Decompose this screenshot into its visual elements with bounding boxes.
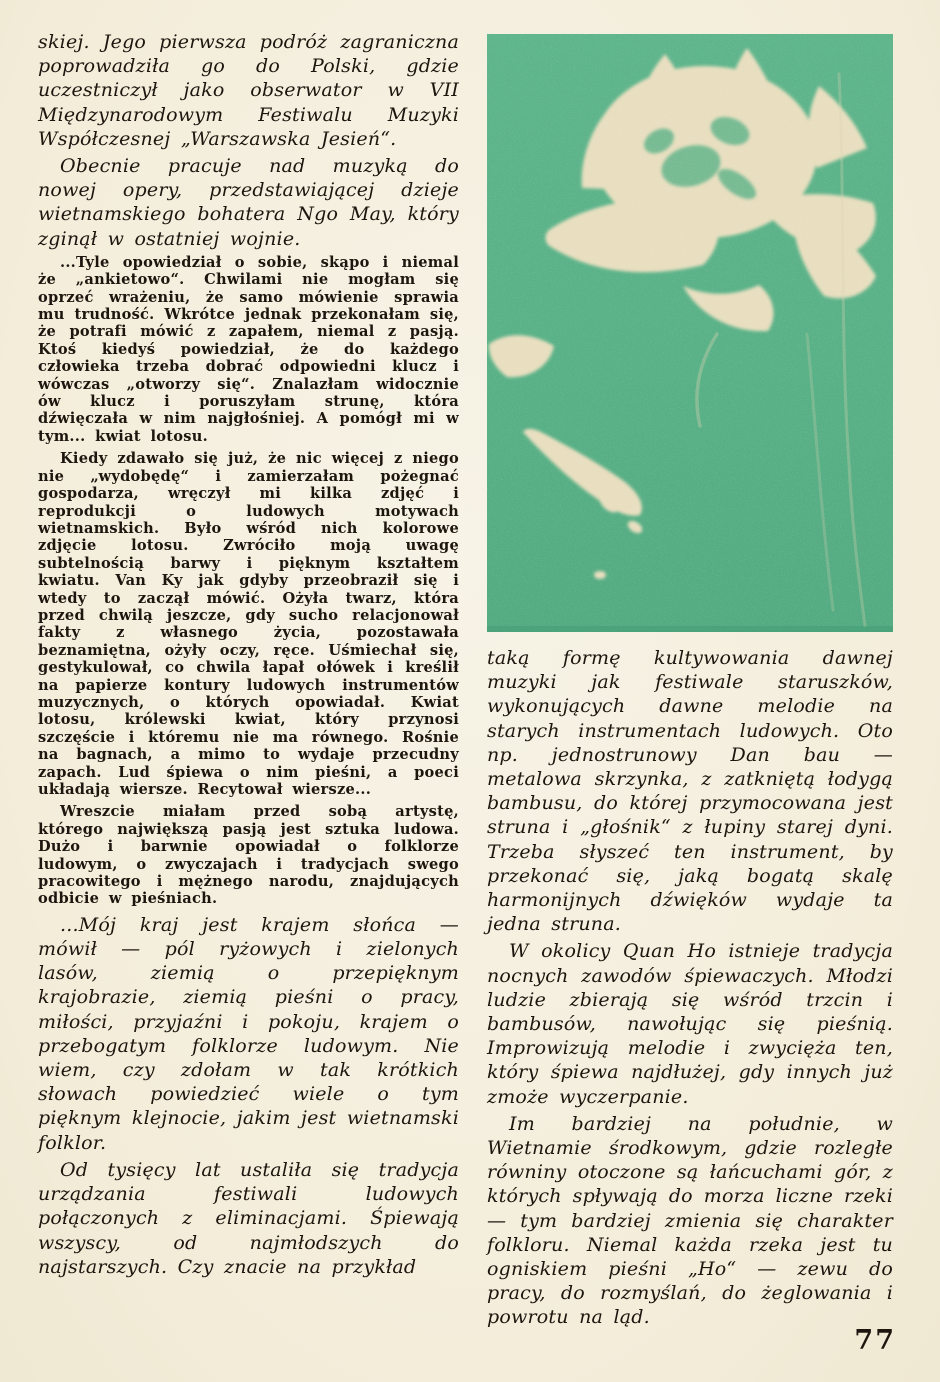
right-column: taką formę kultywowania dawnej muzyki ja… [487, 30, 893, 1333]
paragraph: W okolicy Quan Ho istnieje tradycja nocn… [487, 939, 893, 1108]
paragraph: skiej. Jego pierwsza podróż zagraniczna … [38, 30, 459, 151]
lotus-photo-art [487, 34, 893, 632]
halftone-grain-dark [487, 34, 893, 632]
paragraph: Od tysięcy lat ustaliła się tradycja urz… [38, 1158, 459, 1279]
left-column: skiej. Jego pierwsza podróż zagraniczna … [38, 30, 459, 1282]
page-number: 77 [854, 1325, 896, 1356]
paragraph: ...Mój kraj jest krajem słońca — mówił —… [38, 913, 459, 1155]
paragraph: taką formę kultywowania dawnej muzyki ja… [487, 646, 893, 936]
paragraph: Wreszcie miałam przed sobą artystę, któr… [38, 803, 459, 907]
paragraph: Kiedy zdawało się już, że nic więcej z n… [38, 450, 459, 798]
magazine-page: skiej. Jego pierwsza podróż zagraniczna … [0, 0, 940, 1382]
lotus-photo [487, 34, 893, 632]
paragraph: Im bardziej na południe, w Wietnamie śro… [487, 1112, 893, 1330]
paragraph: ...Tyle opowiedział o sobie, skąpo i nie… [38, 254, 459, 445]
paragraph: Obecnie pracuje nad muzyką do nowej oper… [38, 154, 459, 251]
photo-bottom-edge [487, 626, 893, 632]
